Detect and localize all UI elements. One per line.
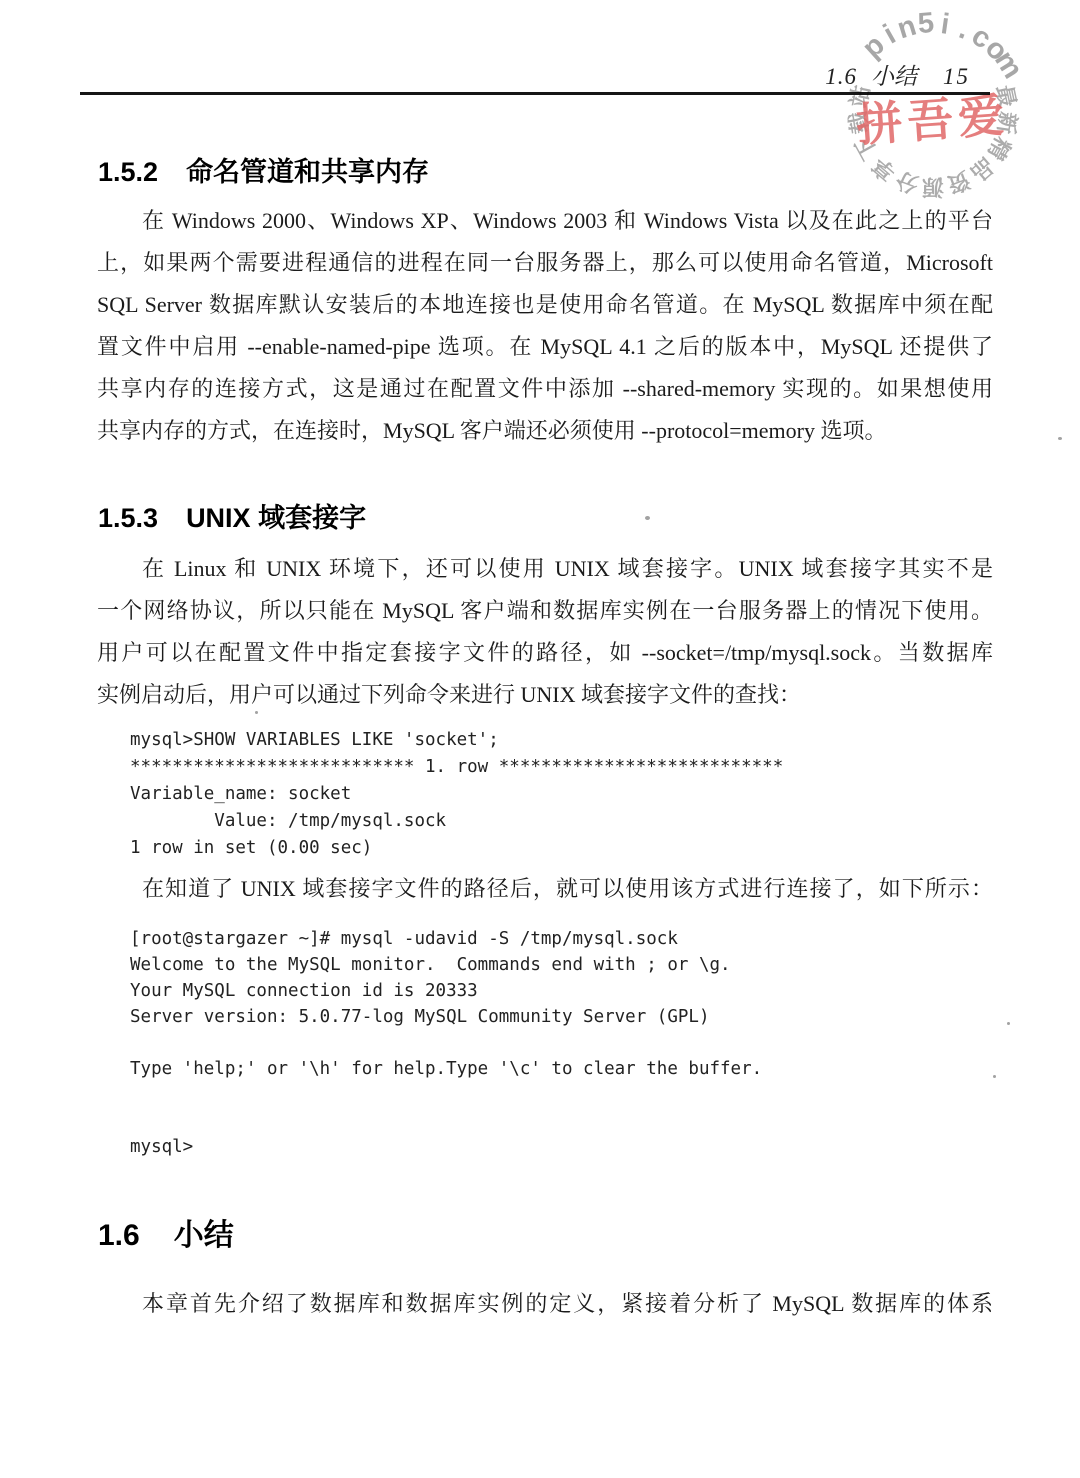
scan-speck xyxy=(1007,1022,1010,1025)
watermark-char: o xyxy=(978,32,1014,68)
section-heading-1-6: 1.6小结 xyxy=(98,1210,234,1254)
paragraph-unix-socket: 在 Linux 和 UNIX 环境下，还可以使用 UNIX 域套接字。UNIX … xyxy=(97,548,993,716)
watermark-char: 5 xyxy=(917,7,936,41)
page-number: 15 xyxy=(943,64,970,90)
watermark-center-text: 拼吾爱 xyxy=(854,79,1011,156)
scanned-book-page: 1.6小结15 1.5.2命名管道和共享内存 在 Windows 2000、Wi… xyxy=(0,0,1080,1478)
paragraph-line: 一个网络协议，所以只能在 MySQL 客户端和数据库实例在一台服务器上的情况下使… xyxy=(97,590,993,632)
section-number: 1.5.3 xyxy=(98,503,158,533)
running-chapter-title: 小结 xyxy=(871,64,917,89)
watermark-char: 精 xyxy=(981,131,1019,165)
header-rule xyxy=(80,92,990,95)
watermark-char: 资 xyxy=(944,165,975,202)
watermark-char: n xyxy=(894,9,921,46)
paragraph-line: 本章首先介绍了数据库和数据库实例的定义，紧接着分析了 MySQL 数据库的体系 xyxy=(97,1283,993,1325)
paragraph-line: 在知道了 UNIX 域套接字文件的路径后，就可以使用该方式进行连接了，如下所示： xyxy=(97,868,993,910)
paragraph-line: 在 Windows 2000、Windows XP、Windows 2003 和… xyxy=(97,200,993,242)
watermark-char: 最 xyxy=(990,82,1025,110)
code-block-mysql-session: [root@stargazer ~]# mysql -udavid -S /tm… xyxy=(130,926,762,1160)
watermark-char: 享 xyxy=(865,151,902,189)
paragraph-line: 在 Linux 和 UNIX 环境下，还可以使用 UNIX 域套接字。UNIX … xyxy=(97,548,993,590)
watermark-char: i xyxy=(878,19,901,52)
watermark-char: i xyxy=(939,8,952,42)
paragraph-line: 上，如果两个需要进程通信的进程在同一台服务器上，那么可以使用命名管道，Micro… xyxy=(97,242,993,284)
scan-speck xyxy=(645,516,650,520)
scan-speck xyxy=(1058,437,1062,440)
watermark-char: 载 xyxy=(841,110,875,136)
running-header: 1.6小结15 xyxy=(0,58,970,88)
watermark-char: 下 xyxy=(848,131,886,165)
watermark-char: m xyxy=(987,46,1029,85)
section-number: 1.6 xyxy=(98,1219,140,1252)
watermark-char: 源 xyxy=(922,173,944,204)
paragraph-line: 共享内存的连接方式，这是通过在配置文件中添加 --shared-memory 实… xyxy=(97,368,993,410)
paragraph-line: 置文件中启用 --enable-named-pipe 选项。在 MySQL 4.… xyxy=(97,326,993,368)
scan-speck xyxy=(255,711,258,714)
section-heading-1-5-3: 1.5.3UNIX 域套接字 xyxy=(98,496,366,535)
paragraph-named-pipe: 在 Windows 2000、Windows XP、Windows 2003 和… xyxy=(97,200,993,452)
watermark-char: c xyxy=(965,20,997,56)
paragraph-summary: 本章首先介绍了数据库和数据库实例的定义，紧接着分析了 MySQL 数据库的体系 xyxy=(97,1283,993,1325)
paragraph-line: 共享内存的方式，在连接时，MySQL 客户端还必须使用 --protocol=m… xyxy=(97,410,993,452)
section-title: 命名管道和共享内存 xyxy=(186,157,429,187)
section-title: UNIX 域套接字 xyxy=(186,503,366,533)
code-block-show-variables: mysql>SHOW VARIABLES LIKE 'socket'; ****… xyxy=(130,727,783,862)
section-number: 1.5.2 xyxy=(98,157,158,187)
section-heading-1-5-2: 1.5.2命名管道和共享内存 xyxy=(98,150,429,189)
paragraph-line: SQL Server 数据库默认安装后的本地连接也是使用命名管道。在 MySQL… xyxy=(97,284,993,326)
paragraph-line: 用户可以在配置文件中指定套接字文件的路径，如 --socket=/tmp/mys… xyxy=(97,632,993,674)
paragraph-connect-intro: 在知道了 UNIX 域套接字文件的路径后，就可以使用该方式进行连接了，如下所示： xyxy=(97,868,993,910)
paragraph-line: 实例启动后，用户可以通过下列命令来进行 UNIX 域套接字文件的查找： xyxy=(97,674,993,716)
section-title: 小结 xyxy=(174,1219,234,1252)
scan-speck xyxy=(993,1075,996,1078)
watermark-char: . xyxy=(954,13,973,47)
watermark-char: 新 xyxy=(991,110,1025,136)
watermark-char: 品 xyxy=(964,151,1001,189)
watermark-char: 分 xyxy=(891,165,922,202)
running-chapter-number: 1.6 xyxy=(825,64,857,89)
